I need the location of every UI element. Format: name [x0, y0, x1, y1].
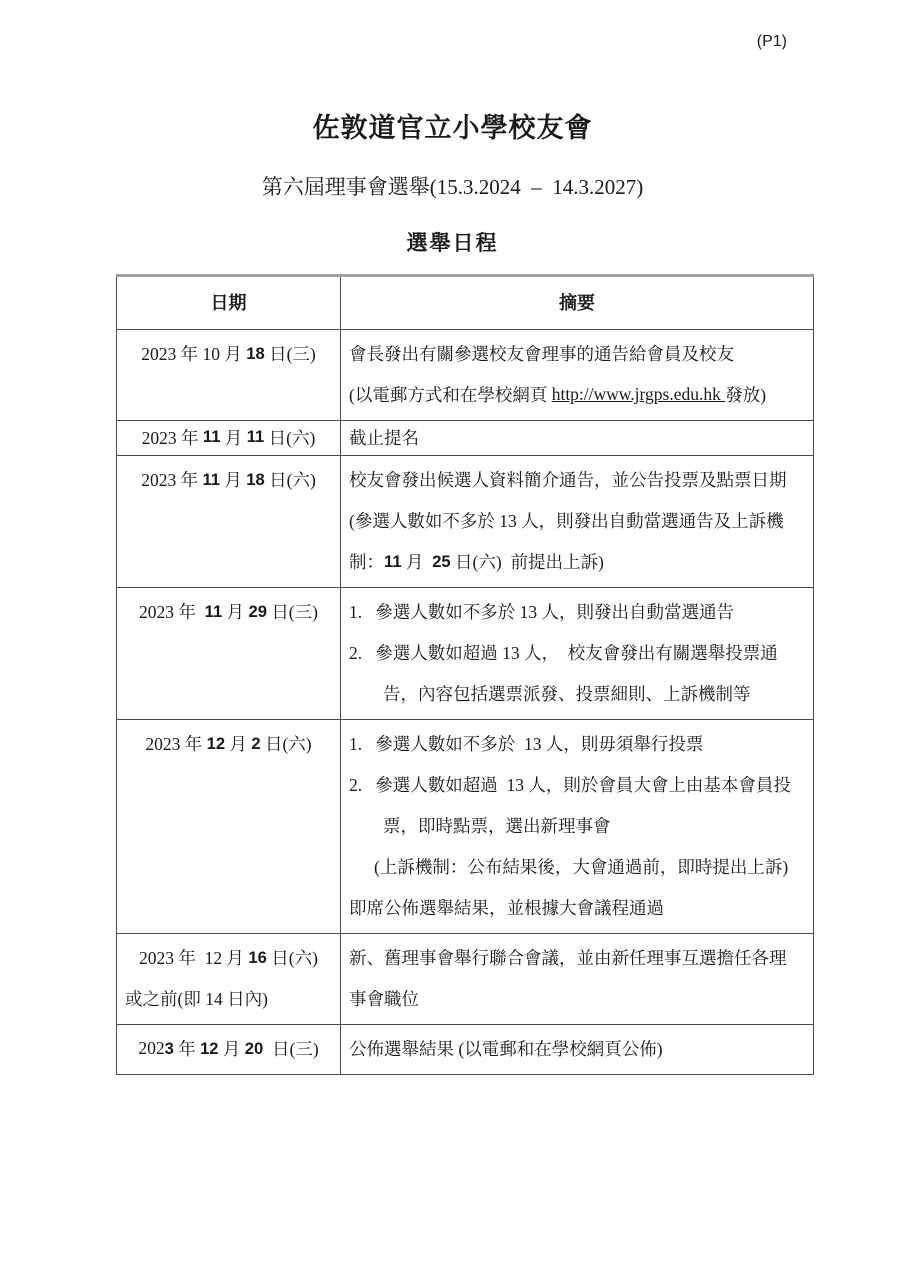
summary-cell: 截止提名 — [341, 421, 814, 456]
text-segment: 11 — [203, 427, 221, 447]
text-line: 1. 參選人數如不多於 13 人，則發出自動當選通告 — [349, 591, 805, 632]
text-segment: (參選人數如不多於 13 人，則發出自動當選通告及上訴機 — [349, 508, 784, 533]
text-segment: 日(六) 前提出上訴) — [451, 549, 604, 574]
text-segment: 2023 年 — [141, 467, 202, 492]
date-cell: 2023 年 10 月 18 日(三) — [117, 330, 341, 421]
table-header: 日期 摘要 — [117, 276, 814, 330]
text-line: 2. 參選人數如超過 13 人， 校友會發出有關選舉投票通 — [349, 632, 805, 673]
text-segment: 月 — [219, 1036, 245, 1061]
text-segment: 3 — [165, 1039, 174, 1059]
text-segment: (上訴機制：公布結果後，大會通過前，即時提出上訴) — [374, 854, 788, 879]
text-line: 告，內容包括選票派發、投票細則、上訴機制等 — [349, 673, 805, 714]
text-line: 2023 年 11 月 18 日(六) — [125, 459, 332, 500]
text-line: 2023 年 11 月 11 日(六) — [125, 424, 332, 450]
text-segment: 截止提名 — [349, 425, 419, 450]
text-line: 新、舊理事會舉行聯合會議，並由新任理事互選擔任各理 — [349, 937, 805, 978]
election-schedule-table: 日期 摘要 2023 年 10 月 18 日(三)會長發出有關參選校友會理事的通… — [116, 274, 814, 1075]
text-segment: 月 — [402, 549, 433, 574]
header-row: 日期 摘要 — [117, 276, 814, 330]
text-line: (以電郵方式和在學校網頁 http://www.jrgps.edu.hk 發放) — [349, 374, 805, 415]
text-line: 2023 年 12 月 16 日(六) — [125, 937, 332, 978]
text-segment: 日(六) — [267, 945, 318, 970]
text-segment: 2023 年 — [142, 425, 203, 450]
text-segment: (以電郵方式和在學校網頁 — [349, 382, 552, 407]
text-line: 制：11 月 25 日(六) 前提出上訴) — [349, 541, 805, 582]
text-line: 1. 參選人數如不多於 13 人，則毋須舉行投票 — [349, 723, 805, 764]
text-segment: 公佈選舉結果 (以電郵和在學校網頁公佈) — [349, 1036, 663, 1061]
text-segment: 月 — [225, 731, 251, 756]
date-cell: 2023 年 11 月 18 日(六) — [117, 456, 341, 588]
summary-cell: 校友會發出候選人資料簡介通告，並公告投票及點票日期(參選人數如不多於 13 人，… — [341, 456, 814, 588]
text-segment: 12 — [200, 1039, 218, 1059]
text-segment: 11 — [247, 427, 265, 447]
text-line: (參選人數如不多於 13 人，則發出自動當選通告及上訴機 — [349, 500, 805, 541]
text-segment: 11 — [202, 470, 220, 490]
table-row: 2023 年 12 月 2 日(六)1. 參選人數如不多於 13 人，則毋須舉行… — [117, 720, 814, 934]
text-segment: 2023 年 12 月 — [139, 945, 248, 970]
summary-cell: 會長發出有關參選校友會理事的通告給會員及校友(以電郵方式和在學校網頁 http:… — [341, 330, 814, 421]
text-line: 或之前(即 14 日內) — [125, 978, 332, 1019]
text-segment: 2023 年 10 月 — [141, 341, 246, 366]
text-segment: 即席公佈選舉結果，並根據大會議程通過 — [349, 895, 664, 920]
text-segment: 2 — [251, 734, 260, 754]
text-line: 事會職位 — [349, 978, 805, 1019]
text-segment: 日(六) — [261, 731, 312, 756]
text-segment: 年 — [174, 1036, 200, 1061]
table-row: 2023 年 10 月 18 日(三)會長發出有關參選校友會理事的通告給會員及校… — [117, 330, 814, 421]
text-segment: 12 — [207, 734, 225, 754]
text-segment: 日(六) — [265, 467, 316, 492]
text-segment: 29 — [248, 602, 266, 622]
text-segment: 25 — [432, 552, 450, 572]
text-segment: 月 — [220, 467, 246, 492]
text-line: 即席公佈選舉結果，並根據大會議程通過 — [349, 887, 805, 928]
text-segment: 新、舊理事會舉行聯合會議，並由新任理事互選擔任各理 — [349, 945, 787, 970]
column-header-date: 日期 — [117, 276, 341, 330]
text-segment: 事會職位 — [349, 986, 419, 1011]
text-segment: 2023 年 — [145, 731, 206, 756]
table-row: 2023 年 11 月 11 日(六)截止提名 — [117, 421, 814, 456]
text-segment: 發放) — [725, 382, 766, 407]
page-number: (P1) — [0, 0, 905, 51]
text-line: (上訴機制：公布結果後，大會通過前，即時提出上訴) — [349, 846, 805, 887]
text-line: 2023 年 10 月 18 日(三) — [125, 333, 332, 374]
table-row: 2023 年 12 月 16 日(六)或之前(即 14 日內)新、舊理事會舉行聯… — [117, 934, 814, 1025]
url-text: http://www.jrgps.edu.hk — [552, 384, 726, 405]
text-segment: 11 — [205, 602, 223, 622]
date-cell: 2023 年 11 月 29 日(三) — [117, 588, 341, 720]
text-line: 票，即時點票，選出新理事會 — [349, 805, 805, 846]
text-segment: 16 — [248, 948, 266, 968]
text-segment: 202 — [138, 1038, 164, 1059]
document-subtitle: 第六屆理事會選舉(15.3.2024 – 14.3.2027) — [0, 171, 905, 201]
text-segment: 日(三) — [263, 1036, 318, 1061]
date-cell: 2023 年 12 月 20 日(三) — [117, 1025, 341, 1075]
text-segment: 會長發出有關參選校友會理事的通告給會員及校友 — [349, 341, 734, 366]
text-segment: 月 — [220, 425, 246, 450]
text-segment: 校友會發出候選人資料簡介通告，並公告投票及點票日期 — [349, 467, 787, 492]
text-segment: 票，即時點票，選出新理事會 — [383, 813, 611, 838]
text-segment: 月 — [222, 599, 248, 624]
document-page: (P1) 佐敦道官立小學校友會 第六屆理事會選舉(15.3.2024 – 14.… — [0, 0, 905, 1075]
summary-cell: 1. 參選人數如不多於 13 人，則發出自動當選通告2. 參選人數如超過 13 … — [341, 588, 814, 720]
schedule-table-body: 2023 年 10 月 18 日(三)會長發出有關參選校友會理事的通告給會員及校… — [117, 330, 814, 1075]
date-cell: 2023 年 12 月 16 日(六)或之前(即 14 日內) — [117, 934, 341, 1025]
text-segment: 告，內容包括選票派發、投票細則、上訴機制等 — [383, 681, 751, 706]
summary-cell: 1. 參選人數如不多於 13 人，則毋須舉行投票2. 參選人數如超過 13 人，… — [341, 720, 814, 934]
text-segment: 2. 參選人數如超過 13 人， 校友會發出有關選舉投票通 — [349, 640, 778, 665]
text-segment: 18 — [246, 470, 264, 490]
text-segment: 11 — [384, 552, 402, 572]
text-line: 2. 參選人數如超過 13 人，則於會員大會上由基本會員投 — [349, 764, 805, 805]
text-line: 校友會發出候選人資料簡介通告，並公告投票及點票日期 — [349, 459, 805, 500]
text-segment: 18 — [246, 344, 264, 364]
text-segment: 日(六) — [264, 425, 315, 450]
summary-cell: 公佈選舉結果 (以電郵和在學校網頁公佈) — [341, 1025, 814, 1075]
text-line: 會長發出有關參選校友會理事的通告給會員及校友 — [349, 333, 805, 374]
text-line: 2023 年 12 月 20 日(三) — [125, 1028, 332, 1069]
text-segment: 2. 參選人數如超過 13 人，則於會員大會上由基本會員投 — [349, 772, 791, 797]
column-header-summary: 摘要 — [341, 276, 814, 330]
text-segment: 制： — [349, 549, 384, 574]
section-heading: 選舉日程 — [0, 227, 905, 257]
text-segment: 20 — [245, 1039, 263, 1059]
summary-cell: 新、舊理事會舉行聯合會議，並由新任理事互選擔任各理事會職位 — [341, 934, 814, 1025]
text-segment: 1. 參選人數如不多於 13 人，則發出自動當選通告 — [349, 599, 734, 624]
text-line: 截止提名 — [349, 424, 805, 450]
text-segment: 日(三) — [267, 599, 318, 624]
text-segment: 2023 年 — [139, 599, 205, 624]
table-row: 2023 年 12 月 20 日(三)公佈選舉結果 (以電郵和在學校網頁公佈) — [117, 1025, 814, 1075]
text-segment: 1. 參選人數如不多於 13 人，則毋須舉行投票 — [349, 731, 703, 756]
text-line: 2023 年 11 月 29 日(三) — [125, 591, 332, 632]
table-row: 2023 年 11 月 29 日(三)1. 參選人數如不多於 13 人，則發出自… — [117, 588, 814, 720]
text-line: 公佈選舉結果 (以電郵和在學校網頁公佈) — [349, 1028, 805, 1069]
text-line: 2023 年 12 月 2 日(六) — [125, 723, 332, 764]
text-segment: 日(三) — [265, 341, 316, 366]
document-title: 佐敦道官立小學校友會 — [0, 106, 905, 145]
date-cell: 2023 年 11 月 11 日(六) — [117, 421, 341, 456]
text-segment: 或之前(即 14 日內) — [125, 986, 268, 1011]
date-cell: 2023 年 12 月 2 日(六) — [117, 720, 341, 934]
table-row: 2023 年 11 月 18 日(六)校友會發出候選人資料簡介通告，並公告投票及… — [117, 456, 814, 588]
